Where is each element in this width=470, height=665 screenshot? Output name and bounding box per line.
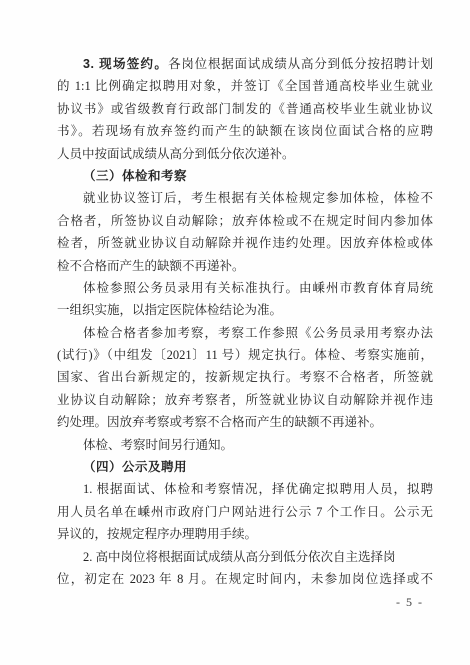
doc-line: (试行)》（中组发〔2021〕11 号）规定执行。体检、考察实施前， bbox=[57, 344, 433, 366]
doc-line: 一组织实施，以指定医院体检结论为准。 bbox=[57, 299, 433, 321]
bold-run: 3. 现场签约。 bbox=[83, 57, 168, 71]
doc-line: 协议书》或省级教育行政部门制发的《普通高校毕业生就业协议 bbox=[57, 98, 433, 120]
doc-line: 合格者，所签协议自动解除；放弃体检或不在规定时间内参加体 bbox=[57, 210, 433, 232]
doc-line: 的 1:1 比例确定拟聘用对象，并签订《全国普通高校毕业生就业 bbox=[57, 75, 433, 97]
doc-line: 检者，所签就业协议自动解除并视作违约处理。因放弃体检或体 bbox=[57, 232, 433, 254]
doc-line: 2. 高中岗位将根据面试成绩从高分到低分依次自主选择岗 bbox=[57, 546, 433, 568]
doc-line: 1. 根据面试、体检和考察情况，择优确定拟聘用人员，拟聘 bbox=[57, 478, 433, 500]
section-heading-3: （三）体检和考察 bbox=[57, 165, 433, 187]
doc-line: 异议的，按规定程序办理聘用手续。 bbox=[57, 523, 433, 545]
doc-line: 用人员名单在嵊州市政府门户网站进行公示 7 个工作日。公示无 bbox=[57, 501, 433, 523]
text-run: 各岗位根据面试成绩从高分到低分按招聘计划 bbox=[168, 57, 433, 71]
page-number: - 5 - bbox=[396, 595, 424, 610]
doc-line: 体检合格者参加考察，考察工作参照《公务员录用考察办法 bbox=[57, 322, 433, 344]
doc-line: 3. 现场签约。各岗位根据面试成绩从高分到低分按招聘计划 bbox=[57, 53, 433, 75]
doc-line: 就业协议签订后，考生根据有关体检规定参加体检，体检不 bbox=[57, 187, 433, 209]
doc-line: 体检、考察时间另行通知。 bbox=[57, 434, 433, 456]
document-page: 3. 现场签约。各岗位根据面试成绩从高分到低分按招聘计划 的 1:1 比例确定拟… bbox=[0, 0, 470, 665]
doc-line: 书》。若现场有放弃签约而产生的缺额在该岗位面试合格的应聘 bbox=[57, 120, 433, 142]
doc-line: 位，初定在 2023 年 8 月。在规定时间内，未参加岗位选择或不 bbox=[57, 568, 433, 590]
doc-line: 体检参照公务员录用有关标准执行。由嵊州市教育体育局统 bbox=[57, 277, 433, 299]
doc-line: 检不合格而产生的缺额不再递补。 bbox=[57, 255, 433, 277]
doc-line: 业协议自动解除；放弃考察者，所签就业协议自动解除并视作违 bbox=[57, 389, 433, 411]
doc-line: 约处理。因放弃考察或考察不合格而产生的缺额不再递补。 bbox=[57, 411, 433, 433]
doc-line: 人员中按面试成绩从高分到低分依次递补。 bbox=[57, 143, 433, 165]
document-text-block: 3. 现场签约。各岗位根据面试成绩从高分到低分按招聘计划 的 1:1 比例确定拟… bbox=[57, 53, 433, 590]
doc-line: 国家、省出台新规定的，按新规定执行。考察不合格者，所签就 bbox=[57, 366, 433, 388]
section-heading-4: （四）公示及聘用 bbox=[57, 456, 433, 478]
